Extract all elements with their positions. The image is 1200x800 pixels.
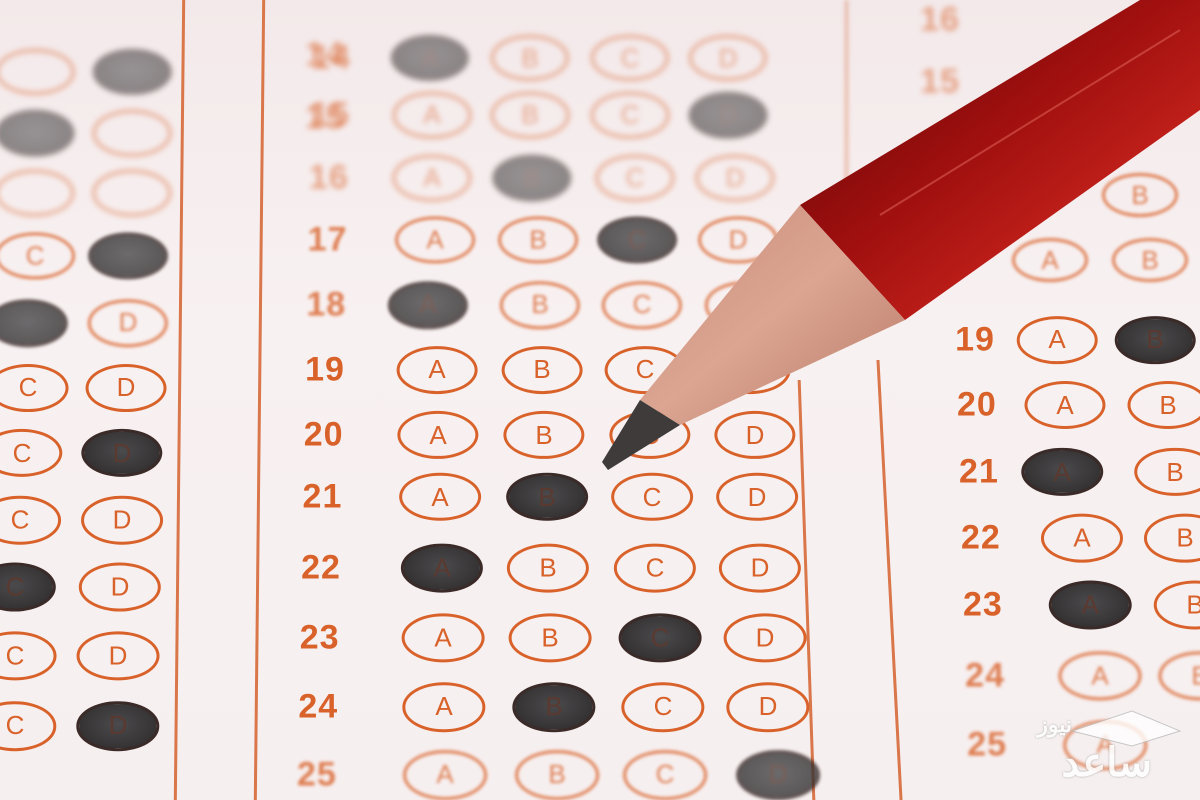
answer-bubble: B	[509, 613, 592, 662]
answer-bubble: B	[1134, 448, 1200, 496]
answer-bubble: C	[0, 364, 68, 412]
question-number: 25	[967, 726, 1007, 765]
question-number: 25	[297, 756, 337, 795]
answer-bubble: A	[402, 682, 485, 732]
question-number: 21	[303, 478, 343, 517]
answer-bubble: C	[602, 281, 682, 329]
answer-bubble: A	[397, 346, 478, 394]
question-number: 21	[959, 453, 999, 492]
answer-bubble	[92, 170, 171, 217]
answer-bubble: D	[716, 473, 798, 521]
answer-bubble: B	[507, 544, 589, 593]
question-number: 18	[306, 286, 346, 325]
filled-bubble: B	[1115, 316, 1196, 364]
answer-bubble: D	[714, 411, 795, 459]
answer-bubble: A	[1058, 651, 1141, 700]
answer-bubble: C	[591, 92, 670, 139]
answer-bubble	[0, 170, 75, 217]
answer-bubble: A	[392, 155, 471, 202]
filled-bubble	[0, 110, 74, 157]
answer-bubble: B	[1154, 580, 1200, 629]
filled-bubble	[0, 299, 68, 347]
answer-bubble: D	[705, 281, 785, 329]
filled-bubble: B	[512, 682, 595, 732]
column-divider	[174, 0, 185, 800]
watermark-line1: نیوز	[1037, 712, 1072, 738]
question-number: 14	[305, 36, 345, 75]
answer-bubble: A	[397, 411, 478, 459]
answer-bubble: D	[86, 364, 167, 412]
answer-bubble: A	[1041, 514, 1123, 563]
answer-bubble: A	[399, 473, 481, 521]
answer-bubble: D	[88, 299, 168, 347]
answer-bubble: D	[81, 496, 163, 545]
answer-bubble: B	[1144, 514, 1200, 563]
filled-bubble: C	[597, 216, 677, 263]
answer-bubble: B	[1158, 651, 1200, 700]
question-number: 16	[309, 159, 349, 198]
answer-bubble: D	[79, 563, 161, 612]
answer-bubble: A	[395, 216, 475, 263]
answer-bubble: C	[621, 682, 704, 732]
answer-bubble: D	[698, 216, 778, 263]
answer-bubble: D	[689, 35, 767, 81]
filled-bubble: D	[736, 750, 820, 800]
filled-bubble: A	[1049, 580, 1132, 629]
answer-bubble: C	[611, 473, 693, 521]
answer-bubble: A	[403, 750, 487, 800]
answer-bubble: D	[695, 155, 774, 202]
watermark: نیوز ساعد	[1012, 706, 1182, 786]
answer-bubble: D	[77, 631, 160, 680]
filled-bubble: A	[401, 544, 483, 593]
answer-bubble	[93, 110, 172, 157]
answer-bubble: B	[500, 281, 580, 329]
question-number: 16	[920, 1, 960, 40]
filled-bubble: B	[506, 473, 588, 521]
answer-bubble: C	[0, 701, 57, 751]
answer-bubble: A	[1012, 238, 1088, 282]
question-number: 15	[920, 63, 960, 102]
answer-bubble: A	[402, 613, 485, 662]
question-number: 22	[301, 549, 341, 588]
question-number: 24	[298, 688, 338, 727]
answer-bubble: C	[0, 232, 75, 279]
question-number: 15	[305, 99, 345, 138]
answer-bubble: C	[0, 429, 63, 477]
answer-bubble: C	[609, 411, 690, 459]
question-number: 20	[957, 386, 997, 425]
answer-bubble: D	[724, 613, 807, 662]
answer-bubble: C	[591, 35, 669, 81]
answer-bubble: D	[726, 682, 809, 732]
answer-bubble: A	[1024, 381, 1105, 429]
question-number: 22	[961, 519, 1001, 558]
answer-bubble: C	[595, 155, 674, 202]
answer-bubble: B	[503, 411, 584, 459]
answer-bubble: B	[491, 35, 569, 81]
question-number: 17	[308, 221, 348, 260]
answer-bubble: B	[498, 216, 578, 263]
answer-bubble: D	[719, 544, 801, 593]
filled-bubble: A	[1021, 448, 1103, 496]
filled-bubble	[88, 232, 168, 279]
question-number: 19	[955, 321, 995, 360]
answer-bubble: B	[1112, 238, 1188, 282]
column-divider	[845, 0, 848, 200]
question-number: 20	[304, 416, 344, 455]
answer-bubble: B	[1127, 381, 1200, 429]
answer-bubble: D	[710, 346, 791, 394]
watermark-line2: ساعد	[1061, 740, 1152, 786]
answer-sheet-photo: CDCDCDCDCDCDCD14ABCD15ABCD16ABCD17ABCD18…	[0, 0, 1200, 800]
answer-bubble: B	[491, 92, 570, 139]
filled-bubble: D	[76, 701, 159, 751]
answer-bubble: A	[1017, 316, 1098, 364]
column-divider	[876, 360, 902, 800]
answer-bubble: A	[393, 92, 472, 139]
filled-bubble: C	[619, 613, 702, 662]
answer-bubble: B	[1102, 173, 1178, 217]
answer-bubble: C	[0, 631, 56, 680]
answer-bubble: C	[605, 346, 686, 394]
filled-bubble	[93, 49, 172, 95]
question-number: 24	[965, 657, 1005, 696]
filled-bubble: D	[689, 92, 768, 139]
answer-bubble: C	[0, 496, 61, 545]
column-divider	[254, 0, 265, 800]
filled-bubble: A	[391, 35, 469, 81]
filled-bubble: D	[81, 429, 162, 477]
answer-bubble	[0, 49, 74, 95]
filled-bubble: B	[492, 155, 571, 202]
answer-bubble: C	[614, 544, 696, 593]
answer-bubble: B	[502, 346, 583, 394]
question-number: 23	[963, 586, 1003, 625]
column-divider	[798, 380, 816, 800]
answer-bubble: C	[623, 750, 707, 800]
filled-bubble: A	[388, 281, 468, 329]
filled-bubble: C	[0, 563, 56, 612]
question-number: 23	[300, 619, 340, 658]
answer-bubble: B	[515, 750, 599, 800]
question-number: 19	[305, 351, 345, 390]
